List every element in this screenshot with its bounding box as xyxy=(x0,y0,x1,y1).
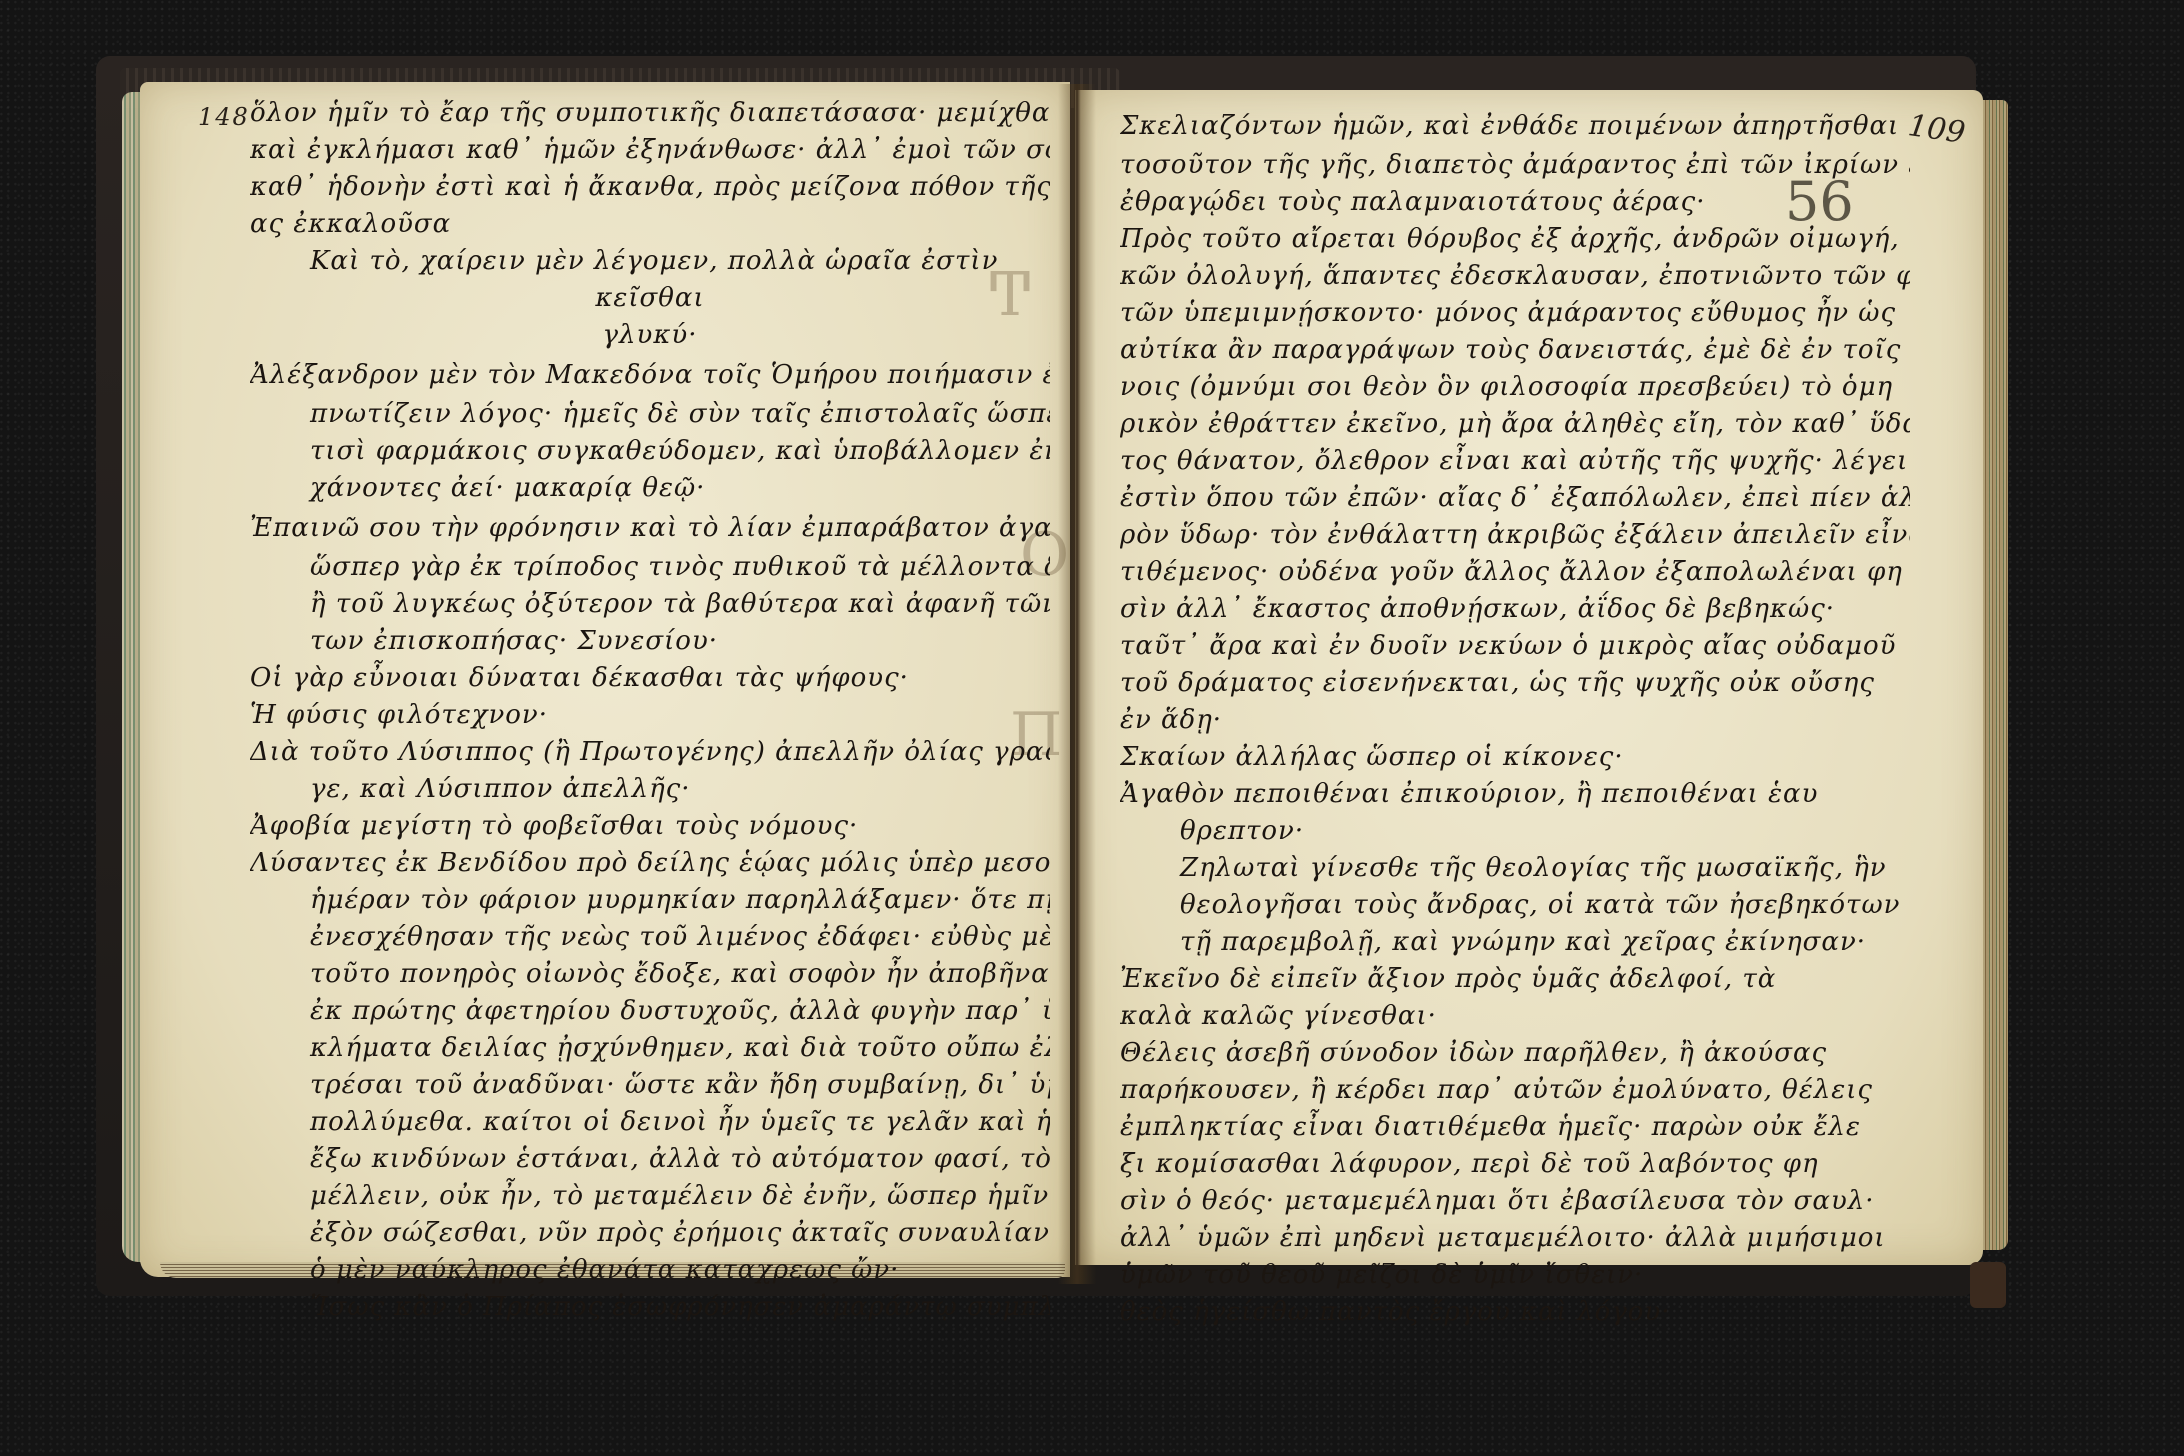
manuscript-line: ὅλον ἡμῖν τὸ ἔαρ τῆς συμποτικῆς διαπετάσ… xyxy=(250,95,1050,132)
manuscript-line: νοις (ὀμνύμι σοι θεὸν ὃν φιλοσοφία πρεσβ… xyxy=(1120,369,1910,406)
manuscript-line-text: Καὶ τὸ, χαίρειν μὲν λέγομεν, πολλὰ ὡραῖα… xyxy=(310,246,998,276)
manuscript-line: Διὰ τοῦτο Λύσιππος (ἢ Πρωτογένης) ἀπελλῆ… xyxy=(250,734,1050,771)
manuscript-line-text: Ἐπαινῶ σου τὴν φρόνησιν καὶ τὸ λίαν ἐμπα… xyxy=(250,513,1050,543)
manuscript-line: Ἀφοβία μεγίστη τὸ φοβεῖσθαι τοὺς νόμους· xyxy=(250,808,1050,845)
manuscript-line-text: ἐξὸν σώζεσθαι, νῦν πρὸς ἐρήμοις ἀκταῖς σ… xyxy=(310,1218,1050,1248)
manuscript-line: τῶν ὑπεμιμνῄσκοντο· μόνος ἀμάραντος εὔθυ… xyxy=(1120,295,1910,332)
manuscript-line: ἐκ πρώτης ἀφετηρίου δυστυχοῦς, ἀλλὰ φυγὴ… xyxy=(250,993,1050,1030)
manuscript-line-text: Θέλεις ἀσεβῆ σύνοδον ἰδὼν παρῆλθεν, ἢ ἀκ… xyxy=(1120,1038,1827,1068)
manuscript-line: Ἀλέξανδρον μὲν τὸν Μακεδόνα τοῖς Ὁμήρου … xyxy=(250,354,1050,396)
manuscript-line: ”ὁ μὲν ναύκληρος ἐθανάτα καταχρεως ὤν· xyxy=(250,1252,1050,1289)
manuscript-line: ἔξω κινδύνων ἑστάναι, ἀλλὰ τὸ αὐτόματον … xyxy=(250,1141,1050,1178)
manuscript-line-text: θεὸς ἡγείσθω παντὸς ἔργου καὶ λόγου· xyxy=(1120,1297,1671,1327)
manuscript-line: ”Ἐκεῖνο δὲ εἰπεῖν ἄξιον πρὸς ὑμᾶς ἀδελφο… xyxy=(1120,961,1910,998)
manuscript-line-text: ρικὸν ἐθράττεν ἐκεῖνο, μὴ ἄρα ἀληθὲς εἴη… xyxy=(1120,409,1910,439)
manuscript-line: Ἐπαινῶ σου τὴν φρόνησιν καὶ τὸ λίαν ἐμπα… xyxy=(250,507,1050,549)
manuscript-line: ἢ τοῦ λυγκέως ὀξύτερον τὰ βαθύτερα καὶ ἀ… xyxy=(250,586,1050,623)
manuscript-line-text: ἐθραγῴδει τοὺς παλαμναιοτάτους ἀέρας· xyxy=(1120,187,1706,217)
manuscript-line: Ἡ φύσις φιλότεχνον· xyxy=(250,697,1050,734)
manuscript-line-text: κεῖσθαι xyxy=(595,283,704,313)
manuscript-line-text: ὅλον ἡμῖν τὸ ἔαρ τῆς συμποτικῆς διαπετάσ… xyxy=(250,98,1050,128)
manuscript-line: Οἱ γὰρ εὖνοιαι δύναται δέκασθαι τὰς ψήφο… xyxy=(250,660,1050,697)
manuscript-line: ἐξὸν σώζεσθαι, νῦν πρὸς ἐρήμοις ἀκταῖς σ… xyxy=(250,1215,1050,1252)
manuscript-line-text: ἢ τοῦ λυγκέως ὀξύτερον τὰ βαθύτερα καὶ ἀ… xyxy=(310,589,1050,619)
manuscript-line: ”κλήματα δειλίας ᾐσχύνθημεν, καὶ διὰ τοῦ… xyxy=(250,1030,1050,1067)
manuscript-line-text: Ἀγαθὸν πεποιθέναι ἐπικούριον, ἢ πεποιθέν… xyxy=(1120,779,1818,809)
manuscript-line: ταῦτ᾽ ἄρα καὶ ἐν δυοῖν νεκύων ὁ μικρὸς α… xyxy=(1120,628,1910,665)
manuscript-line: τισὶ φαρμάκοις συγκαθεύδομεν, καὶ ὑποβάλ… xyxy=(250,433,1050,470)
manuscript-line-text: σὶν ἀλλ᾽ ἔκαστος ἀποθνῄσκων, ἀΐδος δὲ βε… xyxy=(1120,594,1835,624)
manuscript-line: καὶ ἐγκλήμασι καθ᾽ ἡμῶν ἐξηνάνθωσε· ἀλλ᾽… xyxy=(250,132,1050,169)
manuscript-line-text: σὶν ὁ θεός· μεταμεμέλημαι ὅτι ἐβασίλευσα… xyxy=(1120,1186,1875,1216)
manuscript-line-text: πολλύμεθα. καίτοι οἱ δεινοὶ ἦν ὑμεῖς τε … xyxy=(310,1107,1050,1137)
manuscript-line: τοῦτο πονηρὸς οἰωνὸς ἔδοξε, καὶ σοφὸν ἦν… xyxy=(250,956,1050,993)
manuscript-line-text: Πρὸς τοῦτο αἴρεται θόρυβος ἐξ ἀρχῆς, ἀνδ… xyxy=(1120,224,1910,254)
manuscript-line: ”Θέλεις ἀσεβῆ σύνοδον ἰδὼν παρῆλθεν, ἢ ἀ… xyxy=(1120,1035,1910,1072)
manuscript-line-text: γλυκύ· xyxy=(603,320,698,350)
manuscript-line-text: ἐν ἅδῃ· xyxy=(1120,705,1222,735)
manuscript-line-text: τοῦ δράματος εἰσενήνεκται, ὡς τῆς ψυχῆς … xyxy=(1120,668,1875,698)
manuscript-line: ἐμπληκτίας εἶναι διατιθέμεθα ἡμεῖς· παρὼ… xyxy=(1120,1109,1910,1146)
manuscript-line-text: ἡμέραν τὸν φάριον μυρμηκίαν παρηλλάξαμεν… xyxy=(310,885,1050,915)
manuscript-line: τῇ παρεμβολῇ, καὶ γνώμην καὶ χεῖρας ἐκίν… xyxy=(1120,924,1910,961)
manuscript-line-text: γε, καὶ Λύσιππον ἀπελλῆς· xyxy=(310,774,690,804)
manuscript-line: ”Ἴσως κἂν ὁ Πρίαπος ἐσωφρόνησεν ἀμαράντῳ… xyxy=(250,1289,1050,1326)
manuscript-line: πολλύμεθα. καίτοι οἱ δεινοὶ ἦν ὑμεῖς τε … xyxy=(250,1104,1050,1141)
manuscript-line: μέλλειν, οὐκ ἦν, τὸ μεταμέλειν δὲ ἐνῆν, … xyxy=(250,1178,1050,1215)
book-clasp xyxy=(1970,1262,2006,1308)
manuscript-line: γλυκύ· xyxy=(250,317,1050,354)
manuscript-line-text: θρεπτον· xyxy=(1180,816,1304,846)
manuscript-line-text: ἐκ πρώτης ἀφετηρίου δυστυχοῦς, ἀλλὰ φυγὴ… xyxy=(310,996,1050,1026)
manuscript-line-text: ὁ μὲν ναύκληρος ἐθανάτα καταχρεως ὤν· xyxy=(310,1255,899,1285)
manuscript-line-text: κλήματα δειλίας ᾐσχύνθημεν, καὶ διὰ τοῦτ… xyxy=(310,1033,1050,1063)
manuscript-line-text: Ἡ φύσις φιλότεχνον· xyxy=(250,700,548,730)
manuscript-line-text: Ἐκεῖνο δὲ εἰπεῖν ἄξιον πρὸς ὑμᾶς ἀδελφοί… xyxy=(1120,964,1776,994)
manuscript-line-text: αὐτίκα ἂν παραγράψων τοὺς δανειστάς, ἐμὲ… xyxy=(1120,335,1910,365)
manuscript-line: ξι κομίσασθαι λάφυρον, περὶ δὲ τοῦ λαβόν… xyxy=(1120,1146,1910,1183)
manuscript-line: τιθέμενος· οὐδένα γοῦν ἄλλος ἄλλον ἐξαπο… xyxy=(1120,554,1910,591)
manuscript-line-text: ας ἐκκαλοῦσα xyxy=(250,209,451,239)
manuscript-line-text: των ἐπισκοπήσας· Συνεσίου· xyxy=(310,626,718,656)
manuscript-line-text: μέλλειν, οὐκ ἦν, τὸ μεταμέλειν δὲ ἐνῆν, … xyxy=(310,1181,1050,1211)
manuscript-line-text: Ἴσως κἂν ὁ Πρίαπος ἐσωφρόνησεν ἀμαράντῳ … xyxy=(310,1292,1050,1322)
manuscript-line-text: χάνοντες ἀεί· μακαρίᾳ θεῷ· xyxy=(310,473,705,503)
manuscript-line: Λύσαντες ἐκ Βενδίδου πρὸ δείλης ἑῴας μόλ… xyxy=(250,845,1050,882)
manuscript-line-text: τιθέμενος· οὐδένα γοῦν ἄλλος ἄλλον ἐξαπο… xyxy=(1120,557,1903,587)
manuscript-line-text: Διὰ τοῦτο Λύσιππος (ἢ Πρωτογένης) ἀπελλῆ… xyxy=(250,737,1050,767)
manuscript-line: καλὰ καλῶς γίνεσθαι· xyxy=(1120,998,1910,1035)
manuscript-line: Ζηλωταὶ γίνεσθε τῆς θεολογίας τῆς μωσαϊκ… xyxy=(1120,850,1910,887)
manuscript-line: ἐθραγῴδει τοὺς παλαμναιοτάτους ἀέρας· xyxy=(1120,184,1910,221)
manuscript-line-text: καλὰ καλῶς γίνεσθαι· xyxy=(1120,1001,1437,1031)
manuscript-line: κεῖσθαι xyxy=(250,280,1050,317)
manuscript-line: ”Καὶ τὸ, χαίρειν μὲν λέγομεν, πολλὰ ὡραῖ… xyxy=(250,243,1050,280)
right-page-text: ”Σκελιαζόντων ἡμῶν, καὶ ἐνθάδε ποιμένων … xyxy=(1120,105,1910,1331)
manuscript-line: ρὸν ὕδωρ· τὸν ἐνθάλαττη ἀκριβῶς ἐξάλειν … xyxy=(1120,517,1910,554)
manuscript-line-text: τῇ παρεμβολῇ, καὶ γνώμην καὶ χεῖρας ἐκίν… xyxy=(1180,927,1866,957)
manuscript-line: ”θεὸς ἡγείσθω παντὸς ἔργου καὶ λόγου· xyxy=(1120,1294,1910,1331)
manuscript-line: ”Ἀγαθὸν πεποιθέναι ἐπικούριον, ἢ πεποιθέ… xyxy=(1120,776,1910,813)
manuscript-line: ἐνεσχέθησαν τῆς νεὼς τοῦ λιμένος ἐδάφει·… xyxy=(250,919,1050,956)
manuscript-line-text: ξι κομίσασθαι λάφυρον, περὶ δὲ τοῦ λαβόν… xyxy=(1120,1149,1819,1179)
manuscript-line-text: Ἀλέξανδρον μὲν τὸν Μακεδόνα τοῖς Ὁμήρου … xyxy=(250,360,1050,390)
manuscript-line: σὶν ἀλλ᾽ ἔκαστος ἀποθνῄσκων, ἀΐδος δὲ βε… xyxy=(1120,591,1910,628)
manuscript-line-text: Ζηλωταὶ γίνεσθε τῆς θεολογίας τῆς μωσαϊκ… xyxy=(1180,853,1887,883)
manuscript-line-text: Σκελιαζόντων ἡμῶν, καὶ ἐνθάδε ποιμένων ἀ… xyxy=(1120,111,1899,141)
manuscript-line: καθ᾽ ἡδονὴν ἐστὶ καὶ ἡ ἄκανθα, πρὸς μείζ… xyxy=(250,169,1050,206)
manuscript-line-text: τισὶ φαρμάκοις συγκαθεύδομεν, καὶ ὑποβάλ… xyxy=(310,436,1050,466)
manuscript-line: χάνοντες ἀεί· μακαρίᾳ θεῷ· xyxy=(250,470,1050,507)
manuscript-line: τοσοῦτον τῆς γῆς, διαπετὸς ἀμάραντος ἐπὶ… xyxy=(1120,147,1910,184)
manuscript-line-text: ὥσπερ γὰρ ἐκ τρίποδος τινὸς πυθικοῦ τὰ μ… xyxy=(310,552,1050,582)
manuscript-line: ας ἐκκαλοῦσα xyxy=(250,206,1050,243)
manuscript-line: ”Σκελιαζόντων ἡμῶν, καὶ ἐνθάδε ποιμένων … xyxy=(1120,105,1910,147)
manuscript-line: ἀλλ᾽ ὑμῶν ἐπὶ μηδενὶ μεταμεμέλοιτο· ἀλλὰ… xyxy=(1120,1220,1910,1257)
manuscript-line: παρήκουσεν, ἢ κέρδει παρ᾽ αὐτῶν ἐμολύνατ… xyxy=(1120,1072,1910,1109)
manuscript-line: ”ἐστὶν ὅπου τῶν ἐπῶν· αἴας δ᾽ ἐξαπόλωλεν… xyxy=(1120,480,1910,517)
manuscript-line: ”Πρὸς τοῦτο αἴρεται θόρυβος ἐξ ἀρχῆς, ἀν… xyxy=(1120,221,1910,258)
manuscript-line: ”Σκαίων ἀλλήλας ὥσπερ οἱ κίκονες· xyxy=(1120,739,1910,776)
manuscript-line: τος θάνατον, ὄλεθρον εἶναι καὶ αὐτῆς τῆς… xyxy=(1120,443,1910,480)
manuscript-line-text: ἐστὶν ὅπου τῶν ἐπῶν· αἴας δ᾽ ἐξαπόλωλεν,… xyxy=(1120,483,1910,513)
folio-number-left: 148 xyxy=(198,103,250,131)
manuscript-line-text: πνωτίζειν λόγος· ἡμεῖς δὲ σὺν ταῖς ἐπιστ… xyxy=(310,399,1050,429)
manuscript-line-text: Λύσαντες ἐκ Βενδίδου πρὸ δείλης ἑῴας μόλ… xyxy=(250,848,1050,878)
manuscript-line: σὶν ὁ θεός· μεταμεμέλημαι ὅτι ἐβασίλευσα… xyxy=(1120,1183,1910,1220)
manuscript-line-text: ἀλλ᾽ ὑμῶν ἐπὶ μηδενὶ μεταμεμέλοιτο· ἀλλὰ… xyxy=(1120,1223,1886,1253)
manuscript-line: θρεπτον· xyxy=(1120,813,1910,850)
manuscript-line-text: τοσοῦτον τῆς γῆς, διαπετὸς ἀμάραντος ἐπὶ… xyxy=(1120,150,1910,180)
manuscript-line-text: θεολογῆσαι τοὺς ἄνδρας, οἱ κατὰ τῶν ἠσεβ… xyxy=(1180,890,1910,920)
manuscript-line-text: καθ᾽ ἡδονὴν ἐστὶ καὶ ἡ ἄκανθα, πρὸς μείζ… xyxy=(250,172,1050,202)
manuscript-line-text: τρέσαι τοῦ ἀναδῦναι· ὥστε κἂν ἤδη συμβαί… xyxy=(310,1070,1050,1100)
manuscript-line-text: ρὸν ὕδωρ· τὸν ἐνθάλαττη ἀκριβῶς ἐξάλειν … xyxy=(1120,520,1910,550)
manuscript-line: ὥσπερ γὰρ ἐκ τρίποδος τινὸς πυθικοῦ τὰ μ… xyxy=(250,549,1050,586)
manuscript-line-text: ταῦτ᾽ ἄρα καὶ ἐν δυοῖν νεκύων ὁ μικρὸς α… xyxy=(1120,631,1896,661)
manuscript-line: ρικὸν ἐθράττεν ἐκεῖνο, μὴ ἄρα ἀληθὲς εἴη… xyxy=(1120,406,1910,443)
manuscript-line-text: νοις (ὀμνύμι σοι θεὸν ὃν φιλοσοφία πρεσβ… xyxy=(1120,372,1893,402)
manuscript-line: τοῦ δράματος εἰσενήνεκται, ὡς τῆς ψυχῆς … xyxy=(1120,665,1910,702)
manuscript-line-text: ἐμπληκτίας εἶναι διατιθέμεθα ἡμεῖς· παρὼ… xyxy=(1120,1112,1861,1142)
manuscript-line-text: καὶ ἐγκλήμασι καθ᾽ ἡμῶν ἐξηνάνθωσε· ἀλλ᾽… xyxy=(250,135,1050,165)
manuscript-line-text: τῶν ὑπεμιμνῄσκοντο· μόνος ἀμάραντος εὔθυ… xyxy=(1120,298,1896,328)
manuscript-line: γε, καὶ Λύσιππον ἀπελλῆς· xyxy=(250,771,1050,808)
manuscript-line-text: παρήκουσεν, ἢ κέρδει παρ᾽ αὐτῶν ἐμολύνατ… xyxy=(1120,1075,1873,1105)
left-page-text: ὅλον ἡμῖν τὸ ἔαρ τῆς συμποτικῆς διαπετάσ… xyxy=(250,95,1050,1326)
manuscript-line-text: ἔξω κινδύνων ἑστάναι, ἀλλὰ τὸ αὐτόματον … xyxy=(310,1144,1050,1174)
manuscript-line: θεολογῆσαι τοὺς ἄνδρας, οἱ κατὰ τῶν ἠσεβ… xyxy=(1120,887,1910,924)
manuscript-line: ἐν ἅδῃ· xyxy=(1120,702,1910,739)
manuscript-line-text: κῶν ὀλολυγή, ἅπαντες ἐδεσκλαυσαν, ἐποτνι… xyxy=(1120,261,1910,291)
manuscript-line-text: ἐνεσχέθησαν τῆς νεὼς τοῦ λιμένος ἐδάφει·… xyxy=(310,922,1050,952)
manuscript-line: αὐτίκα ἂν παραγράψων τοὺς δανειστάς, ἐμὲ… xyxy=(1120,332,1910,369)
manuscript-line-text: τοῦτο πονηρὸς οἰωνὸς ἔδοξε, καὶ σοφὸν ἦν… xyxy=(310,959,1050,989)
manuscript-line: των ἐπισκοπήσας· Συνεσίου· xyxy=(250,623,1050,660)
manuscript-line-text: ὑμῶν τοῦ θεοῦ μεῖζοι δὲ ὑμῖν ἴσθειν· xyxy=(1120,1260,1643,1290)
manuscript-line-text: Οἱ γὰρ εὖνοιαι δύναται δέκασθαι τὰς ψήφο… xyxy=(250,663,909,693)
manuscript-line-text: Σκαίων ἀλλήλας ὥσπερ οἱ κίκονες· xyxy=(1120,742,1624,772)
manuscript-line: ἡμέραν τὸν φάριον μυρμηκίαν παρηλλάξαμεν… xyxy=(250,882,1050,919)
book-gutter xyxy=(1058,84,1096,1284)
manuscript-line-text: Ἀφοβία μεγίστη τὸ φοβεῖσθαι τοὺς νόμους· xyxy=(250,811,858,841)
manuscript-line: τρέσαι τοῦ ἀναδῦναι· ὥστε κἂν ἤδη συμβαί… xyxy=(250,1067,1050,1104)
manuscript-line: ὑμῶν τοῦ θεοῦ μεῖζοι δὲ ὑμῖν ἴσθειν· xyxy=(1120,1257,1910,1294)
manuscript-line: πνωτίζειν λόγος· ἡμεῖς δὲ σὺν ταῖς ἐπιστ… xyxy=(250,396,1050,433)
manuscript-line: κῶν ὀλολυγή, ἅπαντες ἐδεσκλαυσαν, ἐποτνι… xyxy=(1120,258,1910,295)
manuscript-line-text: τος θάνατον, ὄλεθρον εἶναι καὶ αὐτῆς τῆς… xyxy=(1120,446,1908,476)
